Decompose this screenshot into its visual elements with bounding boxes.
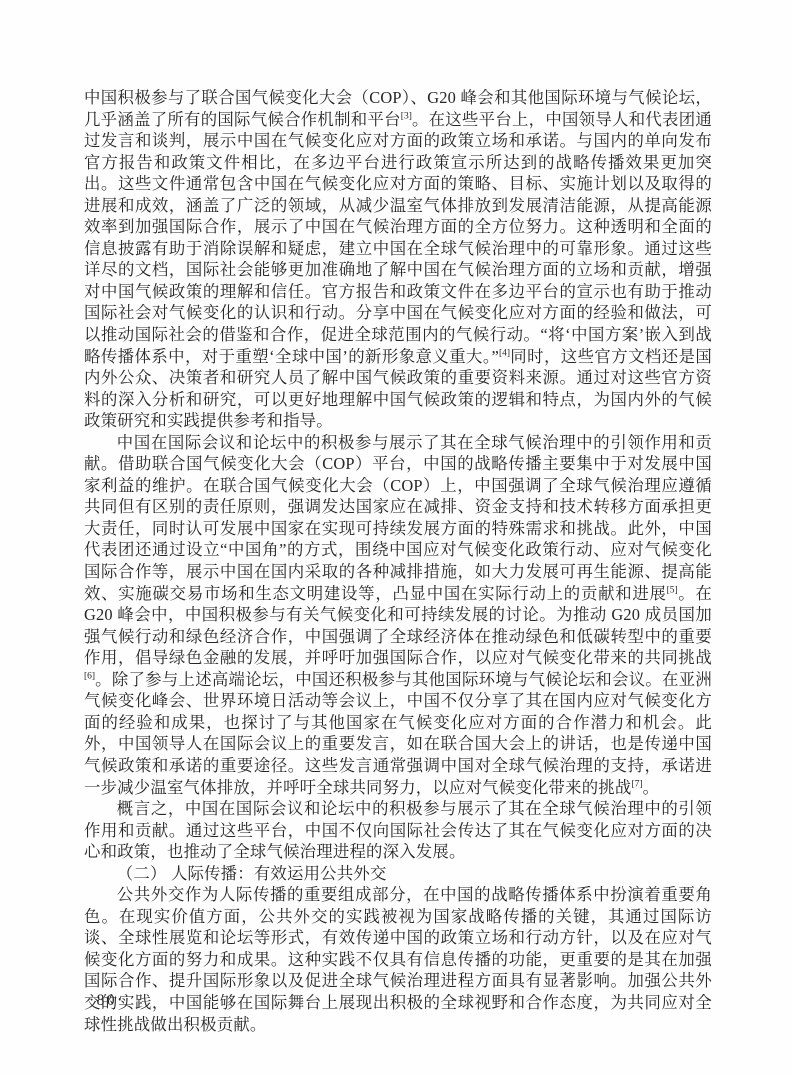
footnote-ref: [3]: [401, 111, 412, 121]
footnote-ref: [7]: [632, 779, 643, 789]
footnote-ref: [5]: [667, 585, 678, 595]
footnote-ref: [4]: [499, 348, 510, 358]
footnote-ref: [6]: [84, 671, 95, 681]
page-number: ·80·: [89, 992, 125, 1010]
document-page: 中国积极参与了联合国气候变化大会（COP）、G20 峰会和其他国际环境与气候论坛…: [0, 0, 793, 1077]
body-paragraph: 中国在国际会议和论坛中的积极参与展示了其在全球气候治理中的引领作用和贡献。借助联…: [84, 432, 712, 798]
section-heading: （二） 人际传播：有效运用公共外交: [84, 863, 712, 885]
body-paragraph: 公共外交作为人际传播的重要组成部分，在中国的战略传播体系中扮演着重要角色。在现实…: [84, 884, 712, 1035]
body-paragraph: 中国积极参与了联合国气候变化大会（COP）、G20 峰会和其他国际环境与气候论坛…: [84, 87, 712, 432]
body-paragraph: 概言之，中国在国际会议和论坛中的积极参与展示了其在全球气候治理中的引领作用和贡献…: [84, 798, 712, 863]
document-body: 中国积极参与了联合国气候变化大会（COP）、G20 峰会和其他国际环境与气候论坛…: [84, 87, 712, 1035]
